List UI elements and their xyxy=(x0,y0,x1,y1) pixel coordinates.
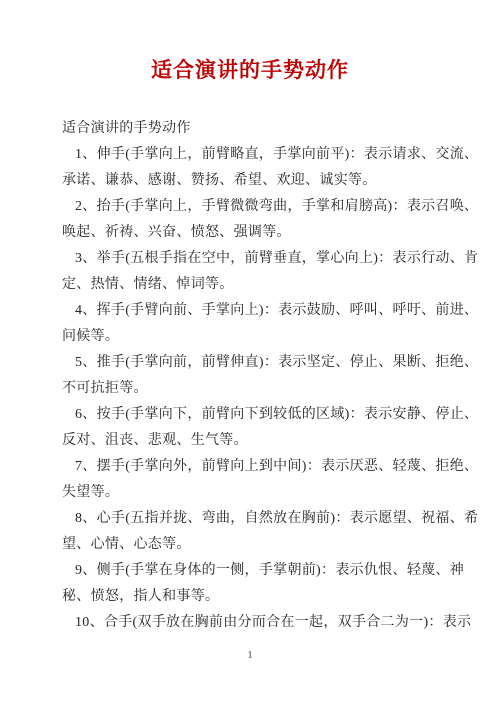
text-line: 失望等。 xyxy=(62,480,452,506)
text-line: 1、伸手(手掌向上，前臂略直，手掌向前平)：表示请求、交流、 xyxy=(62,142,452,168)
text-line: 2、抬手(手掌向上，手臂微微弯曲，手掌和肩膀高)：表示召唤、 xyxy=(62,194,452,220)
text-line: 承诺、谦恭、感谢、赞扬、希望、欢迎、诚实等。 xyxy=(62,168,452,194)
text-line: 9、侧手(手掌在身体的一侧，手掌朝前)：表示仇恨、轻蔑、神 xyxy=(62,558,452,584)
text-line: 问候等。 xyxy=(62,324,452,350)
text-line: 3、举手(五根手指在空中，前臂垂直，掌心向上)：表示行动、肯 xyxy=(62,246,452,272)
text-line: 反对、沮丧、悲观、生气等。 xyxy=(62,428,452,454)
text-line: 6、按手(手掌向下，前臂向下到较低的区域)：表示安静、停止、 xyxy=(62,402,452,428)
text-line: 8、心手(五指并拢、弯曲，自然放在胸前)：表示愿望、祝福、希 xyxy=(62,506,452,532)
text-line: 秘、愤怒，指人和事等。 xyxy=(62,584,452,610)
text-line: 适合演讲的手势动作 xyxy=(62,116,452,142)
text-line: 4、挥手(手臂向前、手掌向上)：表示鼓励、呼叫、呼吁、前进、 xyxy=(62,298,452,324)
text-line: 唤起、祈祷、兴奋、愤怒、强调等。 xyxy=(62,220,452,246)
document-page: 适合演讲的手势动作 适合演讲的手势动作1、伸手(手掌向上，前臂略直，手掌向前平)… xyxy=(0,0,500,707)
document-body: 适合演讲的手势动作1、伸手(手掌向上，前臂略直，手掌向前平)：表示请求、交流、承… xyxy=(62,116,452,636)
text-line: 5、推手(手掌向前，前臂伸直)：表示坚定、停止、果断、拒绝、 xyxy=(62,350,452,376)
document-title: 适合演讲的手势动作 xyxy=(0,55,500,85)
text-line: 望、心情、心态等。 xyxy=(62,532,452,558)
text-line: 不可抗拒等。 xyxy=(62,376,452,402)
text-line: 10、合手(双手放在胸前由分而合在一起，双手合二为一)：表示 xyxy=(62,610,452,636)
text-line: 7、摆手(手掌向外，前臂向上到中间)：表示厌恶、轻蔑、拒绝、 xyxy=(62,454,452,480)
text-line: 定、热情、情绪、悼词等。 xyxy=(62,272,452,298)
page-number: 1 xyxy=(0,649,500,663)
